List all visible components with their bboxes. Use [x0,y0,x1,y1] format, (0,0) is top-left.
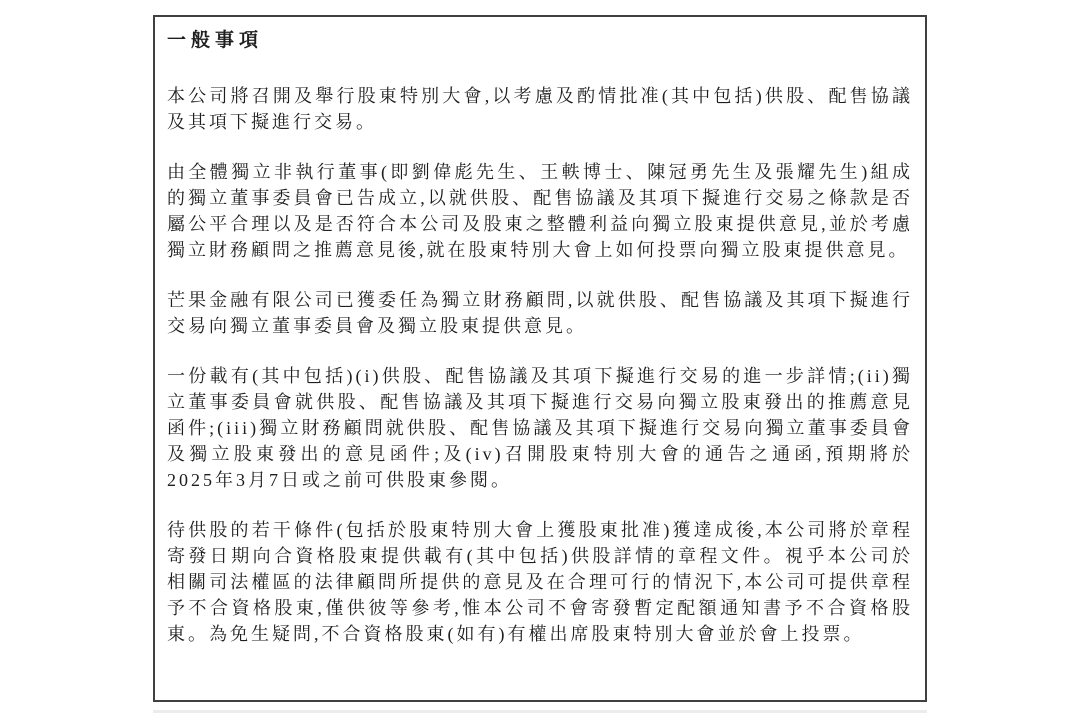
general-matters-section: 一般事項 本公司將召開及舉行股東特別大會,以考慮及酌情批准(其中包括)供股、配售… [153,15,927,702]
next-section-top-edge [153,710,927,713]
paragraph-egm-notice: 本公司將召開及舉行股東特別大會,以考慮及酌情批准(其中包括)供股、配售協議及其項… [167,83,913,135]
section-title: 一般事項 [167,28,913,54]
document-page: 一般事項 本公司將召開及舉行股東特別大會,以考慮及酌情批准(其中包括)供股、配售… [0,0,1080,720]
paragraph-independent-board-committee: 由全體獨立非執行董事(即劉偉彪先生、王軼博士、陳冠勇先生及張耀先生)組成的獨立董… [167,159,913,263]
paragraph-independent-financial-adviser: 芒果金融有限公司已獲委任為獨立財務顧問,以就供股、配售協議及其項下擬進行交易向獨… [167,287,913,339]
paragraph-circular-contents: 一份載有(其中包括)(i)供股、配售協議及其項下擬進行交易的進一步詳情;(ii)… [167,363,913,493]
paragraph-prospectus-conditions: 待供股的若干條件(包括於股東特別大會上獲股東批准)獲達成後,本公司將於章程寄發日… [167,517,913,647]
